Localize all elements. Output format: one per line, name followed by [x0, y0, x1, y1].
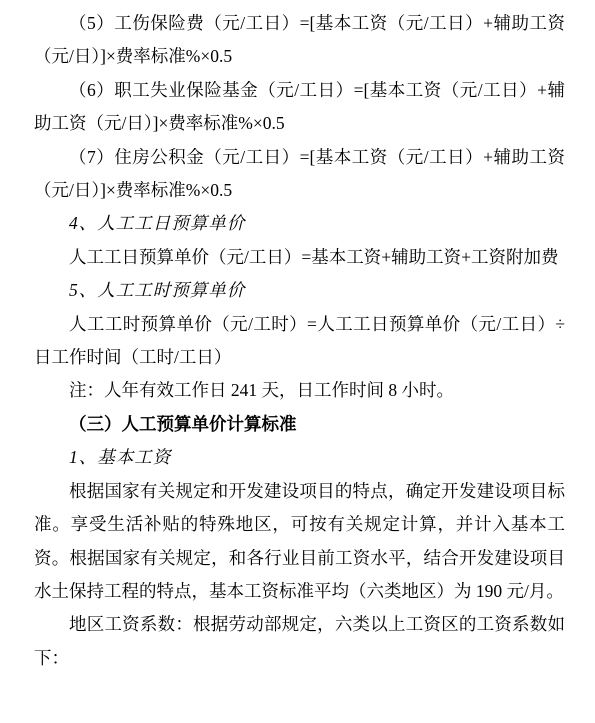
formula-labor-workday-budget-unit-price: 人工工日预算单价（元/工日）=基本工资+辅助工资+工资附加费 — [34, 241, 565, 274]
paragraph-basic-wage-standard: 根据国家有关规定和开发建设项目的特点，确定开发建设项目标准。享受生活补贴的特殊地… — [34, 475, 565, 609]
formula-item-7-housing-provident-fund: （7）住房公积金（元/工日）=[基本工资（元/工日）+辅助工资（元/日）]×费率… — [34, 141, 565, 208]
document-body: （5）工伤保险费（元/工日）=[基本工资（元/工日）+辅助工资（元/日）]×费率… — [34, 7, 565, 675]
document-page: （5）工伤保险费（元/工日）=[基本工资（元/工日）+辅助工资（元/日）]×费率… — [0, 0, 595, 723]
formula-item-6-unemployment-insurance-fund: （6）职工失业保险基金（元/工日）=[基本工资（元/工日）+辅助工资（元/日）]… — [34, 74, 565, 141]
section-heading-3-labor-budget-unit-price-calc-standard: （三）人工预算单价计算标准 — [34, 408, 565, 441]
paragraph-regional-wage-coefficient-intro: 地区工资系数：根据劳动部规定，六类以上工资区的工资系数如下： — [34, 608, 565, 675]
note-effective-workdays: 注：人年有效工作日 241 天，日工作时间 8 小时。 — [34, 374, 565, 407]
formula-labor-workhour-budget-unit-price: 人工工时预算单价（元/工时）=人工工日预算单价（元/工日）÷日工作时间（工时/工… — [34, 308, 565, 375]
formula-item-5-work-injury-insurance: （5）工伤保险费（元/工日）=[基本工资（元/工日）+辅助工资（元/日）]×费率… — [34, 7, 565, 74]
subheading-1-basic-wage: 1、基本工资 — [34, 441, 565, 474]
subheading-4-labor-workday-budget-unit-price: 4、人工工日预算单价 — [34, 207, 565, 240]
subheading-5-labor-workhour-budget-unit-price: 5、人工工时预算单价 — [34, 274, 565, 307]
